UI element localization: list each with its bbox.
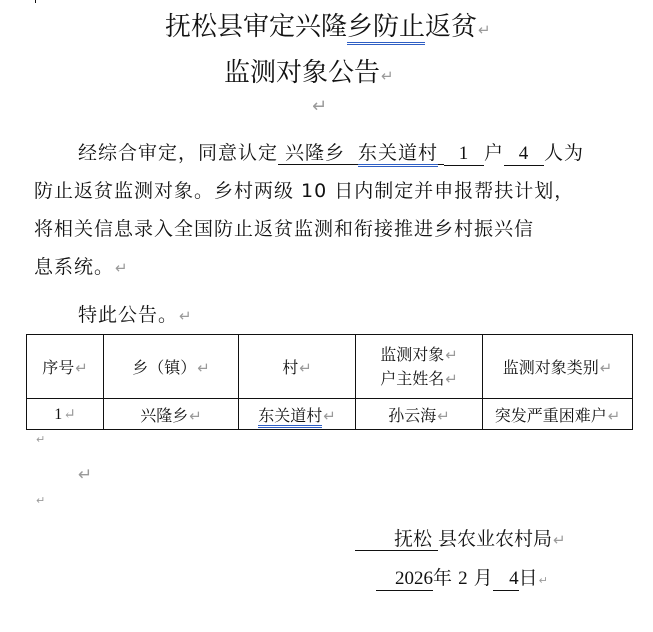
header-cell-head-name[interactable]: 监测对象↵户主姓名↵ bbox=[356, 335, 483, 399]
paragraph-text: 经综合审定，同意认定 bbox=[78, 142, 278, 164]
county-field[interactable]: 抚松 bbox=[355, 528, 438, 551]
closing-line: 特此公告。↵ bbox=[78, 300, 193, 327]
year-field[interactable]: 2026 bbox=[376, 568, 433, 591]
paragraph-mark-icon: ↵ bbox=[608, 407, 621, 425]
paragraph-text-suffix: 人为 bbox=[544, 142, 584, 164]
org-suffix: 县农业农村局 bbox=[438, 528, 552, 550]
cell-text: 孙云海 bbox=[388, 406, 436, 425]
households-value: 1 bbox=[459, 143, 470, 164]
month-unit: 月 bbox=[474, 567, 493, 589]
paragraph-line-1: 经综合审定，同意认定兴隆乡户​东关道村1户4人为 bbox=[78, 138, 584, 166]
year-value: 2026 bbox=[395, 568, 433, 589]
paragraph-mark-icon: ↵ bbox=[36, 494, 45, 507]
title-spellcheck-marked: 乡防止 bbox=[347, 12, 425, 45]
cell-category[interactable]: 突发严重困难户↵ bbox=[483, 399, 633, 430]
day-unit: 日 bbox=[519, 567, 538, 589]
year-unit: 年 bbox=[433, 567, 452, 589]
paragraph-mark-icon: ↵ bbox=[179, 307, 193, 325]
paragraph-line-4: 息系统。↵ bbox=[34, 252, 129, 279]
paragraph-line-2: 防止返贫监测对象。乡村两级 10 日内制定并申报帮扶计划， bbox=[34, 176, 574, 203]
paragraph-mark-icon: ↵ bbox=[312, 96, 327, 117]
village-field[interactable]: 东关道村 bbox=[352, 142, 444, 165]
paragraph-mark-icon: ↵ bbox=[478, 21, 491, 39]
paragraph-mark-icon: ↵ bbox=[78, 465, 92, 485]
header-cell-village[interactable]: 村↵ bbox=[239, 335, 356, 399]
title-text-suffix: 返贫 bbox=[425, 12, 477, 42]
paragraph-mark-icon: ↵ bbox=[539, 574, 548, 587]
paragraph-mark-icon: ↵ bbox=[115, 259, 129, 277]
table-row: 1↵ 兴隆乡↵ 东关道村↵ 孙云海↵ 突发严重困难户↵ bbox=[27, 399, 633, 430]
day-field[interactable]: 4 bbox=[493, 568, 519, 591]
household-unit: 户 bbox=[484, 142, 504, 164]
cell-text: 突发严重困难户 bbox=[495, 406, 607, 425]
paragraph-mark-icon: ↵ bbox=[75, 359, 88, 377]
households-field[interactable]: 1 bbox=[444, 143, 484, 166]
cell-head-name[interactable]: 孙云海↵ bbox=[356, 399, 483, 430]
cell-township[interactable]: 兴隆乡↵ bbox=[104, 399, 239, 430]
signature-date: 2026年 2 月4日↵ bbox=[376, 563, 548, 591]
header-text: 监测对象 bbox=[380, 345, 444, 364]
cell-index[interactable]: 1↵ bbox=[27, 399, 104, 430]
cell-text: 1 bbox=[54, 406, 62, 423]
paragraph-mark-icon: ↵ bbox=[197, 359, 210, 377]
month-value: 2 bbox=[458, 568, 468, 589]
persons-value: 4 bbox=[519, 143, 530, 164]
header-cell-index[interactable]: 序号↵ bbox=[27, 335, 104, 399]
paragraph-mark-icon: ↵ bbox=[381, 67, 394, 85]
page-corner-mark bbox=[35, 0, 36, 3]
paragraph-text: 息系统。 bbox=[34, 256, 114, 278]
header-text: 序号 bbox=[42, 358, 74, 377]
paragraph-mark-icon: ↵ bbox=[323, 407, 336, 425]
cell-village[interactable]: 东关道村↵ bbox=[239, 399, 356, 430]
paragraph-mark-icon: ↵ bbox=[36, 433, 45, 446]
cell-text: 东关道村 bbox=[258, 406, 322, 428]
paragraph-mark-icon: ↵ bbox=[445, 346, 458, 364]
day-value: 4 bbox=[509, 568, 519, 589]
title-line-1: 抚松县审定兴隆乡防止返贫↵ bbox=[165, 6, 491, 43]
township-value: 兴隆乡 bbox=[285, 142, 345, 164]
header-text: 监测对象类别 bbox=[503, 358, 599, 377]
township-field[interactable]: 兴隆乡 bbox=[278, 142, 352, 165]
header-text: 户主姓名 bbox=[380, 369, 444, 388]
paragraph-mark-icon: ↵ bbox=[445, 370, 458, 388]
monitoring-table: 序号↵ 乡（镇）↵ 村↵ 监测对象↵户主姓名↵ 监测对象类别↵ 1↵ 兴隆乡↵ … bbox=[26, 334, 633, 430]
persons-field[interactable]: 4 bbox=[504, 143, 544, 166]
title-text-2: 监测对象公告 bbox=[224, 58, 380, 88]
header-cell-category[interactable]: 监测对象类别↵ bbox=[483, 335, 633, 399]
title-text: 抚松县审定兴隆 bbox=[165, 12, 347, 42]
closing-text: 特此公告。 bbox=[78, 304, 178, 326]
paragraph-mark-icon: ↵ bbox=[299, 359, 312, 377]
table-header-row: 序号↵ 乡（镇）↵ 村↵ 监测对象↵户主姓名↵ 监测对象类别↵ bbox=[27, 335, 633, 399]
cell-text: 兴隆乡 bbox=[140, 406, 188, 425]
county-value: 抚松 bbox=[394, 528, 432, 550]
header-text: 乡（镇） bbox=[132, 358, 196, 377]
signature-org: 抚松 县农业农村局↵ bbox=[355, 524, 566, 551]
paragraph-mark-icon: ↵ bbox=[553, 531, 566, 549]
paragraph-line-3: 将相关信息录入全国防止返贫监测和衔接推进乡村振兴信 bbox=[34, 214, 534, 241]
header-text: 村 bbox=[282, 358, 298, 377]
village-value: 东关道村 bbox=[358, 142, 438, 167]
paragraph-mark-icon: ↵ bbox=[189, 407, 202, 425]
paragraph-mark-icon: ↵ bbox=[600, 359, 613, 377]
paragraph-mark-icon: ↵ bbox=[437, 407, 450, 425]
header-cell-township[interactable]: 乡（镇）↵ bbox=[104, 335, 239, 399]
paragraph-mark-icon: ↵ bbox=[63, 407, 76, 423]
title-line-2: 监测对象公告↵ bbox=[224, 52, 394, 89]
